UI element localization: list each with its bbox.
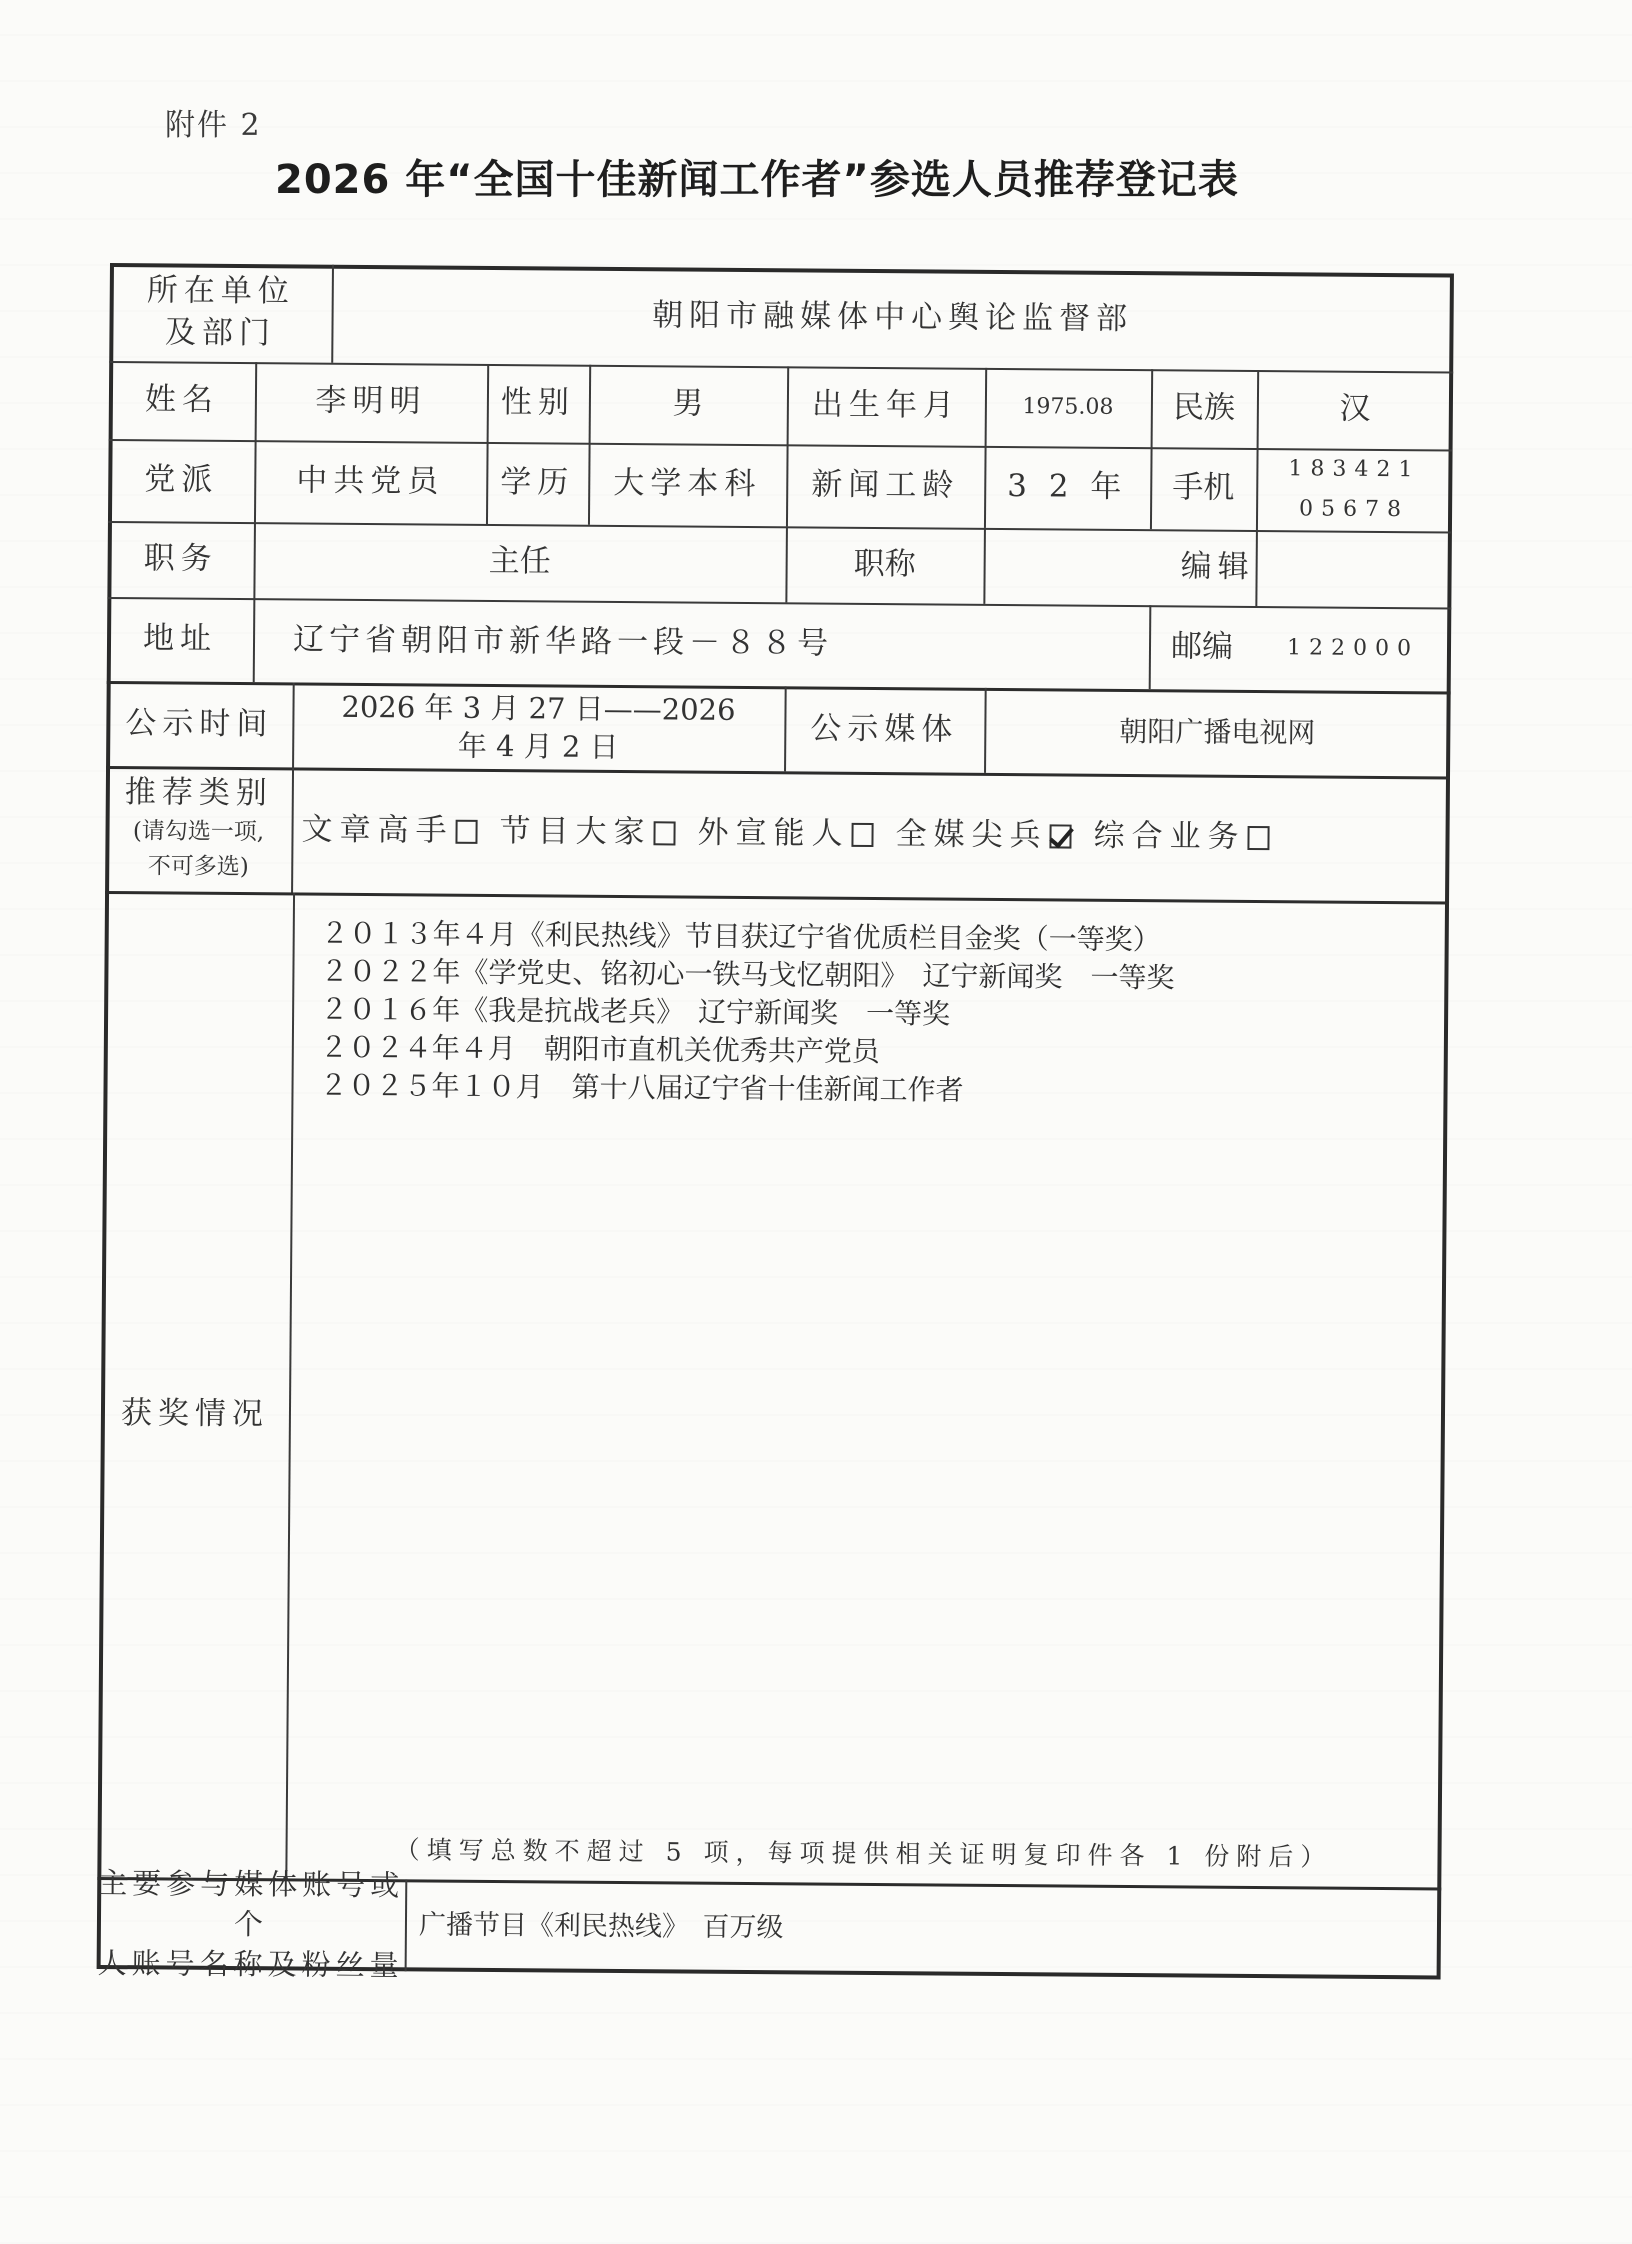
award-item: ２０２５年１０月 第十八届辽宁省十佳新闻工作者 [319, 1067, 1173, 1112]
awards-content: ２０１３年４月《利民热线》节目获辽宁省优质栏目金奖（一等奖） ２０２２年《学党史… [285, 892, 1449, 1887]
position-label: 职务 [107, 521, 254, 598]
address-value: 辽宁省朝阳市新华路一段－８８号 [253, 598, 1150, 689]
media-accounts-label-line1: 主要参与媒体账号或个 [97, 1863, 406, 1945]
name-label: 姓名 [109, 361, 256, 440]
award-item: ２０１６年《我是抗战老兵》 辽宁新闻奖 一等奖 [320, 991, 1174, 1036]
category-option-allmedia[interactable]: 全媒尖兵 [895, 814, 1071, 857]
gender-label: 性别 [487, 364, 590, 443]
gender-value: 男 [589, 365, 788, 445]
category-options: 文章高手 节目大家 外宣能人 全媒尖兵 综合业务 [291, 767, 1450, 901]
publicity-media-label: 公示媒体 [784, 686, 985, 773]
journalism-years-value: 3 2 年 [984, 446, 1151, 529]
unit-label: 所在单位 及部门 [109, 263, 332, 363]
attachment-label: 附件 2 [165, 100, 262, 144]
phone-value: 183421 05678 [1256, 448, 1453, 532]
publicity-time-line2: 年 4 月 2 日 [458, 726, 619, 765]
phone-line1: 183421 [1288, 449, 1420, 490]
media-accounts-value: 广播节目《利民热线》 百万级 [405, 1879, 1442, 1979]
title-rank-value: 编辑 [983, 528, 1452, 608]
title-rank-label: 职称 [785, 526, 984, 604]
publicity-time-value: 2026 年 3 月 27 日——2026 年 4 月 2 日 [292, 682, 785, 771]
checkbox-unchecked-icon[interactable] [653, 821, 675, 845]
document-title: 2026 年“全国十佳新闻工作者”参选人员推荐登记表 [275, 148, 1239, 205]
postcode-value: 122000 [1255, 606, 1452, 692]
media-accounts-label-line2: 人账号名称及粉丝量 [97, 1943, 403, 1985]
awards-list: ２０１３年４月《利民热线》节目获辽宁省优质栏目金奖（一等奖） ２０２２年《学党史… [319, 915, 1174, 1112]
checkbox-checked-icon[interactable] [1049, 824, 1071, 848]
award-item: ２０１３年４月《利民热线》节目获辽宁省优质栏目金奖（一等奖） [321, 915, 1175, 960]
publicity-time-line1: 2026 年 3 月 27 日——2026 [341, 687, 735, 728]
birth-label: 出生年月 [787, 366, 986, 446]
category-option-external[interactable]: 外宣能人 [697, 812, 873, 855]
category-option-general[interactable]: 综合业务 [1093, 815, 1269, 858]
checkbox-unchecked-icon[interactable] [455, 819, 477, 843]
unit-label-line1: 所在单位 [147, 270, 295, 313]
unit-label-line2: 及部门 [165, 312, 276, 355]
phone-line2: 05678 [1299, 489, 1409, 530]
publicity-time-label: 公示时间 [106, 681, 293, 767]
category-label: 推荐类别 [125, 772, 273, 815]
party-value: 中共党员 [254, 440, 487, 524]
name-value: 李明明 [255, 362, 488, 442]
position-value: 主任 [253, 522, 786, 602]
ethnicity-value: 汉 [1257, 370, 1454, 450]
award-item: ２０２４年４月 朝阳市直机关优秀共产党员 [320, 1029, 1174, 1074]
category-option-label: 全媒尖兵 [895, 814, 1047, 857]
education-value: 大学本科 [588, 443, 787, 527]
awards-note: （填写总数不超过 5 项，每项提供相关证明复印件各 1 份附后） [285, 1833, 1441, 1876]
checkbox-unchecked-icon[interactable] [851, 822, 873, 846]
postcode-label: 邮编 [1149, 605, 1256, 690]
registration-form: 所在单位 及部门 朝阳市融媒体中心舆论监督部 姓名 李明明 性别 男 出生年月 … [97, 263, 1454, 1980]
media-accounts-label: 主要参与媒体账号或个 人账号名称及粉丝量 [97, 1877, 406, 1971]
awards-label: 获奖情况 [97, 891, 293, 1878]
category-option-label: 文章高手 [301, 809, 453, 852]
category-label-cell: 推荐类别 (请勾选一项, 不可多选) [105, 766, 292, 892]
ethnicity-label: 民族 [1151, 369, 1258, 448]
category-option-article[interactable]: 文章高手 [301, 809, 477, 852]
unit-value: 朝阳市融媒体中心舆论监督部 [331, 265, 1454, 372]
phone-label: 手机 [1150, 447, 1257, 530]
award-item: ２０２２年《学党史、铭初心一铁马戈忆朝阳》 辽宁新闻奖 一等奖 [320, 953, 1174, 998]
category-hint-line1: (请勾选一项, [133, 814, 265, 851]
birth-value: 1975.08 [985, 368, 1152, 447]
address-label: 地址 [107, 597, 254, 682]
category-option-label: 外宣能人 [697, 812, 849, 855]
checkbox-unchecked-icon[interactable] [1247, 825, 1269, 849]
journalism-years-label: 新闻工龄 [786, 444, 985, 528]
category-option-label: 综合业务 [1093, 815, 1245, 858]
education-label: 学历 [486, 442, 589, 525]
category-hint-line2: 不可多选) [148, 850, 249, 886]
publicity-media-value: 朝阳广播电视网 [984, 688, 1451, 777]
category-option-label: 节目大家 [499, 811, 651, 854]
party-label: 党派 [108, 439, 255, 522]
category-option-program[interactable]: 节目大家 [499, 811, 675, 854]
